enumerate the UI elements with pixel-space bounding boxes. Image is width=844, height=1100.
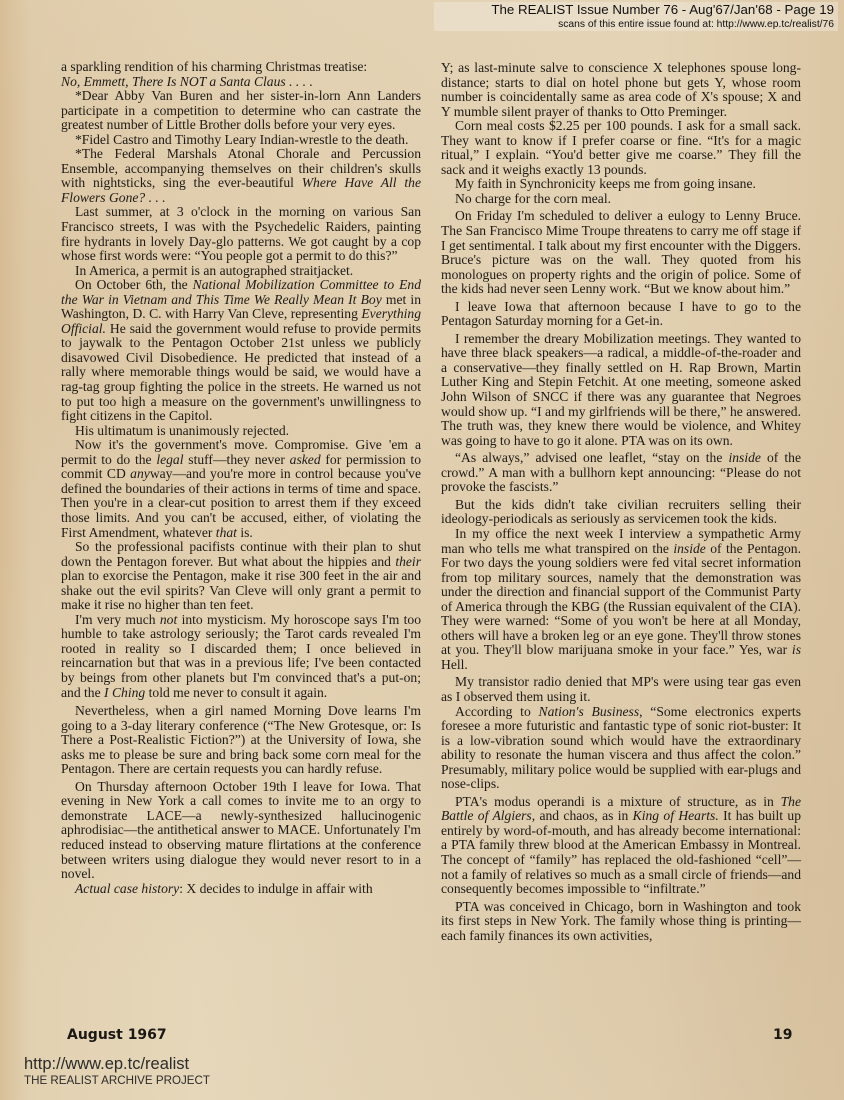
right-column: Y; as last-minute salve to conscience X … <box>441 61 801 943</box>
paragraph: Nevertheless, when a girl named Morning … <box>61 704 421 777</box>
paragraph: Corn meal costs $2.25 per 100 pounds. I … <box>441 119 801 177</box>
paragraph: My transistor radio denied that MP's wer… <box>441 675 801 704</box>
paragraph: *The Federal Marshals Atonal Chorale and… <box>61 147 421 205</box>
paragraph: *Fidel Castro and Timothy Leary Indian-w… <box>61 133 421 148</box>
page-number: 19 <box>773 1027 792 1043</box>
paragraph: No charge for the corn meal. <box>441 192 801 207</box>
paragraph: Now it's the government's move. Compromi… <box>61 438 421 540</box>
archive-footer: http://www.ep.tc/realist THE REALIST ARC… <box>24 1055 210 1088</box>
paragraph: “As always,” advised one leaflet, “stay … <box>441 451 801 495</box>
paragraph: On Friday I'm scheduled to deliver a eul… <box>441 209 801 296</box>
paragraph: In America, a permit is an autographed s… <box>61 264 421 279</box>
archive-header: The REALIST Issue Number 76 - Aug'67/Jan… <box>434 2 838 31</box>
paragraph: On Thursday afternoon October 19th I lea… <box>61 780 421 882</box>
paragraph: I remember the dreary Mobilization meeti… <box>441 332 801 448</box>
paragraph: My faith in Synchronicity keeps me from … <box>441 177 801 192</box>
paragraph: In my office the next week I interview a… <box>441 527 801 672</box>
paragraph: I'm very much not into mysticism. My hor… <box>61 613 421 700</box>
paragraph: I leave Iowa that afternoon because I ha… <box>441 300 801 329</box>
paragraph: Last summer, at 3 o'clock in the morning… <box>61 205 421 263</box>
archive-issue-title: The REALIST Issue Number 76 - Aug'67/Jan… <box>434 2 838 18</box>
paragraph: According to Nation's Business, “Some el… <box>441 705 801 792</box>
archive-scan-link[interactable]: scans of this entire issue found at: htt… <box>434 18 838 31</box>
archive-project-name: THE REALIST ARCHIVE PROJECT <box>24 1074 210 1088</box>
paragraph: PTA was conceived in Chicago, born in Wa… <box>441 900 801 944</box>
archive-url-link[interactable]: http://www.ep.tc/realist <box>24 1055 210 1074</box>
paragraph: His ultimatum is unanimously rejected. <box>61 424 421 439</box>
left-column: a sparkling rendition of his charming Ch… <box>61 60 421 896</box>
paragraph: Y; as last-minute salve to conscience X … <box>441 61 801 119</box>
paragraph: So the professional pacifists continue w… <box>61 540 421 613</box>
paragraph: Actual case history: X decides to indulg… <box>61 882 421 897</box>
paragraph: a sparkling rendition of his charming Ch… <box>61 60 421 89</box>
paragraph: On October 6th, the National Mobilizatio… <box>61 278 421 423</box>
paragraph: But the kids didn't take civilian recrui… <box>441 498 801 527</box>
paragraph: PTA's modus operandi is a mixture of str… <box>441 795 801 897</box>
paragraph: *Dear Abby Van Buren and her sister-in-l… <box>61 89 421 133</box>
issue-date: August 1967 <box>67 1027 167 1043</box>
